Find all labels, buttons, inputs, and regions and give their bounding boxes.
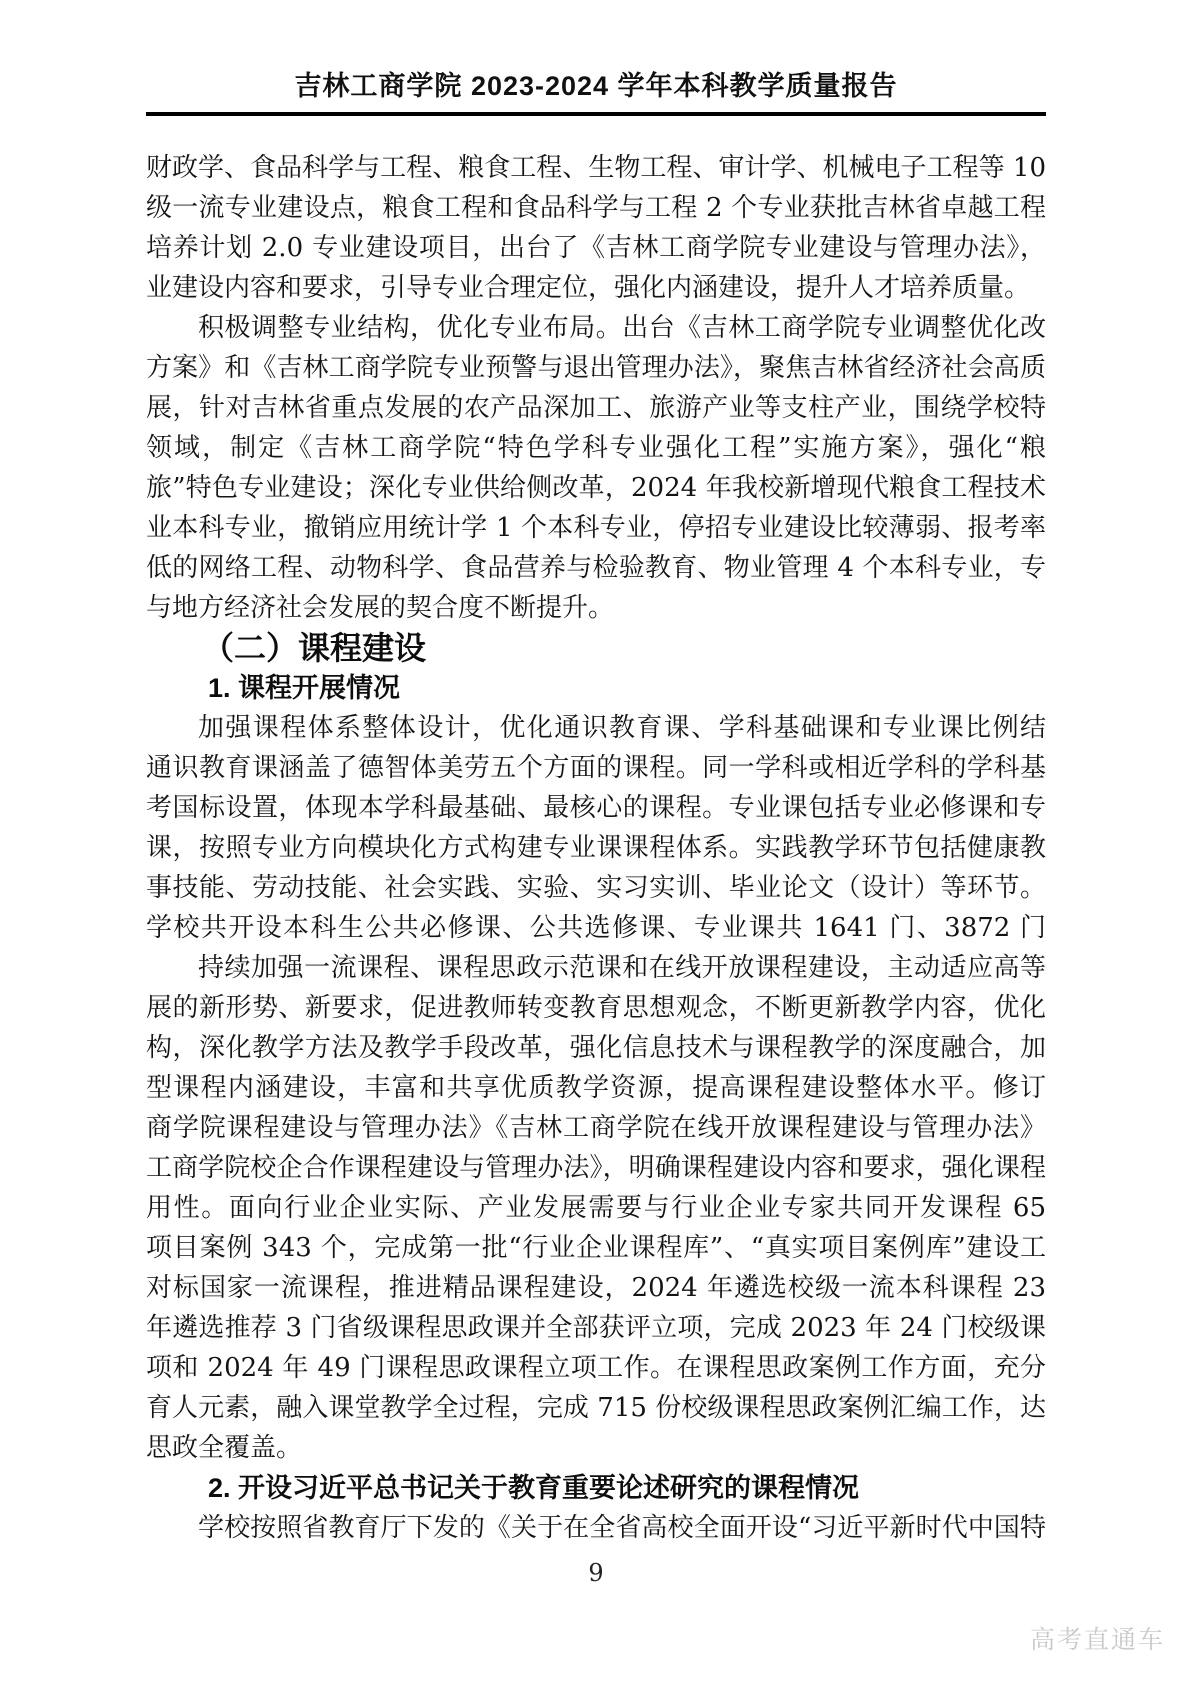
text-line: 对标国家一流课程，推进精品课程建设，2024 年遴选校级一流本科课程 23 门。… <box>146 1268 1046 1308</box>
text-line: 展的新形势、新要求，促进教师转变教育思想观念，不断更新教学内容，优化课程结 <box>146 988 1046 1028</box>
header-rule <box>146 112 1046 116</box>
text-line: 项和 2024 年 49 门课程思政课程立项工作。在课程思政案例工作方面，充分挖… <box>146 1348 1046 1388</box>
text-line: 学校按照省教育厅下发的《关于在全省高校全面开设“习近平新时代中国特色社 <box>146 1508 1046 1548</box>
text-line: 低的网络工程、动物科学、食品营养与检验教育、物业管理 4 个本科专业，专业建设 <box>146 548 1046 588</box>
text-line: 思政全覆盖。 <box>146 1428 1046 1468</box>
text-line: 构，深化教学方法及教学手段改革，强化信息技术与课程教学的深度融合，加强应用 <box>146 1028 1046 1068</box>
page-header-title: 吉林工商学院 2023-2024 学年本科教学质量报告 <box>146 68 1046 104</box>
text-line: 加强课程体系整体设计，优化通识教育课、学科基础课和专业课比例结构。其中， <box>146 708 1046 748</box>
text-line: 与地方经济社会发展的契合度不断提升。 <box>146 588 1046 628</box>
text-line: 育人元素，融入课堂教学全过程，完成 715 份校级课程思政案例汇编工作，达到课程 <box>146 1388 1046 1428</box>
text-line: 展，针对吉林省重点发展的农产品深加工、旅游产业等支柱产业，围绕学校特色优势 <box>146 388 1046 428</box>
text-line: 财政学、食品科学与工程、粮食工程、生物工程、审计学、机械电子工程等 10 个省 <box>146 148 1046 188</box>
text-line: 方案》和《吉林工商学院专业预警与退出管理办法》，聚焦吉林省经济社会高质量发 <box>146 348 1046 388</box>
section-heading-course-construction: （二）课程建设 <box>146 626 1046 670</box>
page-number: 9 <box>146 1553 1046 1593</box>
text-line: 培养计划 2.0 专业建设项目，出台了《吉林工商学院专业建设与管理办法》，明确专 <box>146 228 1046 268</box>
watermark-text: 高考直通车 <box>1030 1624 1165 1656</box>
text-line: 型课程内涵建设，丰富和共享优质教学资源，提高课程建设整体水平。修订《吉林工 <box>146 1068 1046 1108</box>
text-line: 旅”特色专业建设；深化专业供给侧改革，2024 年我校新增现代粮食工程技术 1 … <box>146 468 1046 508</box>
document-page: 吉林工商学院 2023-2024 学年本科教学质量报告 财政学、食品科学与工程、… <box>0 0 1191 1684</box>
text-line: 事技能、劳动技能、社会实践、实验、实习实训、毕业论文（设计）等环节。本学年， <box>146 868 1046 908</box>
text-line: 考国标设置，体现本学科最基础、最核心的课程。专业课包括专业必修课和专业选修 <box>146 788 1046 828</box>
text-line: 通识教育课涵盖了德智体美劳五个方面的课程。同一学科或相近学科的学科基础课参 <box>146 748 1046 788</box>
text-line: 用性。面向行业企业实际、产业发展需要与行业企业专家共同开发课程 65 门、真实 <box>146 1188 1046 1228</box>
text-line: 积极调整专业结构，优化专业布局。出台《吉林工商学院专业调整优化改革工作 <box>146 308 1046 348</box>
text-line: 业建设内容和要求，引导专业合理定位，强化内涵建设，提升人才培养质量。 <box>146 268 1046 308</box>
subsection-heading-xi-education-course: 2. 开设习近平总书记关于教育重要论述研究的课程情况 <box>146 1468 1046 1508</box>
text-line: 持续加强一流课程、课程思政示范课和在线开放课程建设，主动适应高等教育发 <box>146 948 1046 988</box>
document-body: 财政学、食品科学与工程、粮食工程、生物工程、审计学、机械电子工程等 10 个省 … <box>146 148 1046 1548</box>
text-line: 年遴选推荐 3 门省级课程思政课并全部获评立项，完成 2023 年 24 门校级… <box>146 1308 1046 1348</box>
text-line: 业本科专业，撤销应用统计学 1 个本科专业，停招专业建设比较薄弱、报考率相对较 <box>146 508 1046 548</box>
text-line: 级一流专业建设点，粮食工程和食品科学与工程 2 个专业获批吉林省卓越工程师教育 <box>146 188 1046 228</box>
text-line: 项目案例 343 个，完成第一批“行业企业课程库”、“真实项目案例库”建设工作。 <box>146 1228 1046 1268</box>
text-line: 领域，制定《吉林工商学院“特色学科专业强化工程”实施方案》，强化“粮食”“餐 <box>146 428 1046 468</box>
subsection-heading-course-overview: 1. 课程开展情况 <box>146 668 1046 708</box>
text-line: 学校共开设本科生公共必修课、公共选修课、专业课共 1641 门、3872 门次。 <box>146 908 1046 948</box>
text-line: 工商学院校企合作课程建设与管理办法》，明确课程建设内容和要求，强化课程的应 <box>146 1148 1046 1188</box>
text-line: 商学院课程建设与管理办法》《吉林工商学院在线开放课程建设与管理办法》《吉林 <box>146 1108 1046 1148</box>
text-line: 课，按照专业方向模块化方式构建专业课课程体系。实践教学环节包括健康教育、军 <box>146 828 1046 868</box>
